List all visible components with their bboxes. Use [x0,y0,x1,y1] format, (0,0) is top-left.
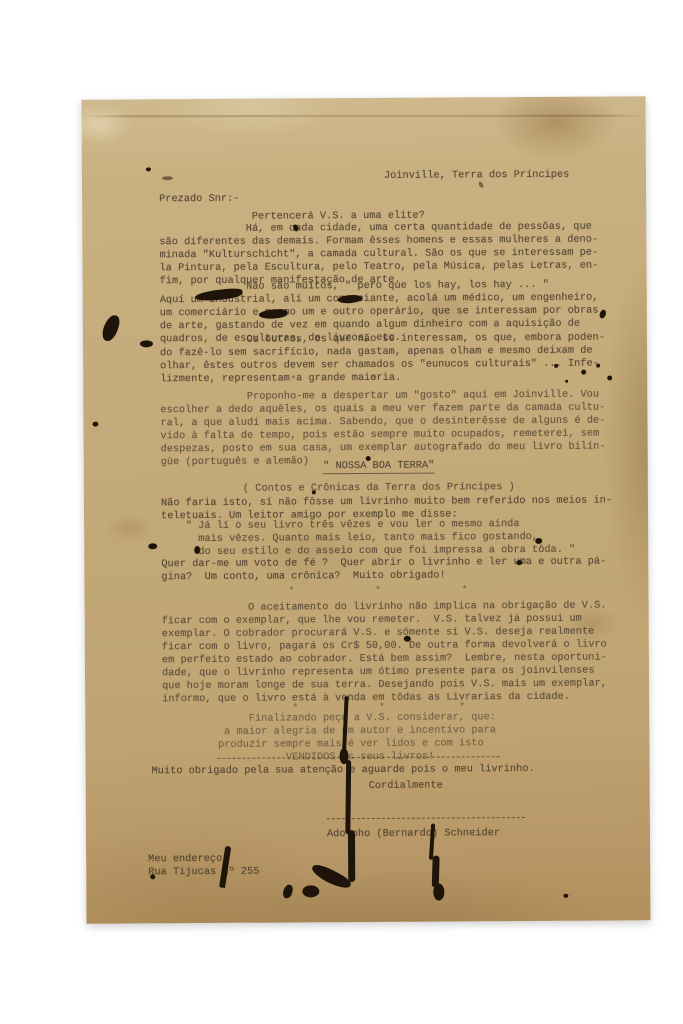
ink-blot [92,422,98,427]
ink-blot [162,176,173,180]
ink-drip [302,885,319,897]
paragraph-aceitamento: O aceitamento do livrinho não implica na… [162,599,641,706]
letter-paper: Joinville, Terra dos Príncipes Prezado S… [81,96,650,923]
ink-blot [404,636,411,642]
ink-blot [146,167,151,171]
ink-splatter-dot [150,874,155,879]
ink-drip [345,760,351,834]
ink-blot [194,546,200,554]
ink-blot [148,543,157,549]
ink-splatter-dot [581,370,586,375]
paper-crease [82,115,646,117]
ink-blot [282,884,294,900]
signature: Adolpho (Bernardo) Schneider [327,825,683,841]
ink-blot [535,538,542,544]
reader-quote: " Já lí o seu livro três vêzes e vou ler… [161,517,639,559]
ink-splatter-dot [366,456,371,461]
signature-rule [327,804,525,819]
dateline: Joinville, Terra dos Príncipes [384,168,644,183]
ink-splatter-dot [565,380,568,383]
scanned-letter-page: Joinville, Terra dos Príncipes Prezado S… [0,0,683,1024]
ink-splatter-dot [312,490,316,494]
ink-splatter-dot [596,364,600,368]
ink-blot [516,560,522,565]
ink-blot [140,340,153,347]
ink-splatter-dot [554,364,558,368]
ink-splatter-dot [563,894,568,898]
ink-drip [348,830,355,882]
book-title-text: " NOSSA BOA TERRA" [323,460,434,475]
paragraph-proponho: Proponho-me a despertar um "gosto" aquí … [160,388,638,469]
ink-splatter-dot [607,375,612,380]
ink-blot [100,313,122,343]
thanks-line: Muito obrigado pela sua atenção e aguard… [152,762,630,778]
asterisk-separator: * * [290,372,683,388]
closing: Cordialmente [369,777,683,793]
paragraph-voto: Quer dar-me um voto de fé ? Quer abrir o… [161,555,639,584]
salutation: Prezado Snr:- [159,190,637,206]
ink-drip [433,884,444,901]
typed-dash-rule [217,743,499,759]
asterisk-separator: * * * [288,583,683,599]
book-title: " NOSSA BOA TERRA" [84,458,648,474]
